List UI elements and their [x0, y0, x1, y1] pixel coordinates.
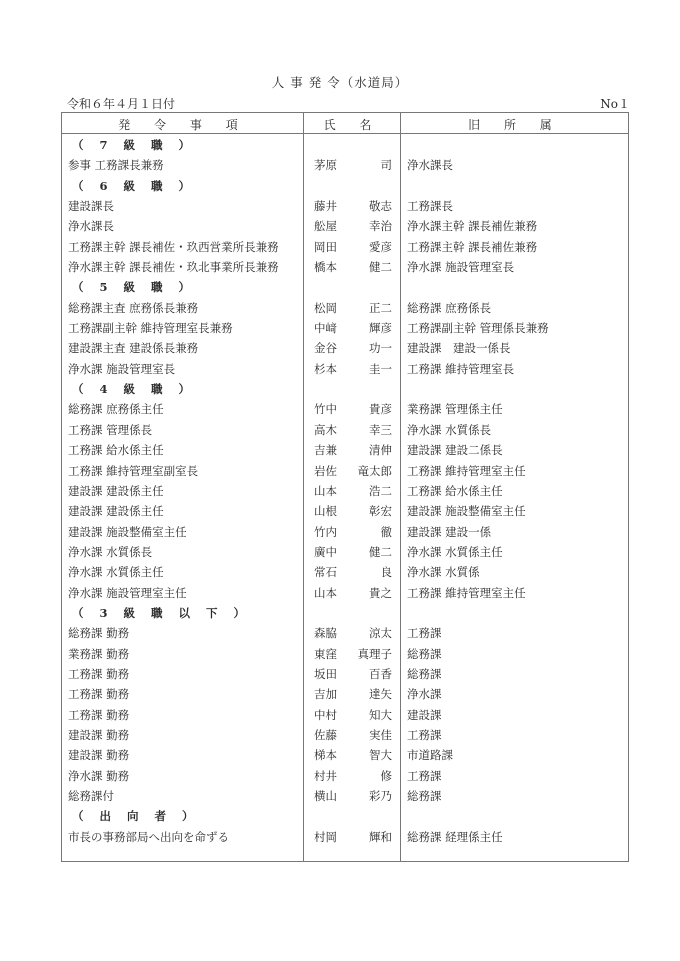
name-cell: 森脇涼太: [308, 623, 396, 643]
name-cell: 横山彩乃: [308, 786, 396, 806]
name-cell: 竹内徹: [308, 522, 396, 542]
name-cell: 松岡正二: [308, 298, 396, 318]
given-name: 浩二: [369, 481, 396, 501]
table-row: 工務課 維持管理室副室長岩佐竜太郎工務課 維持管理室主任: [62, 461, 628, 481]
previous-post-cell: 業務課 管理係主任: [407, 399, 503, 419]
assignment-cell: 建設課主査 建設係長兼務: [68, 338, 198, 358]
previous-post-cell: 建設課 施設整備室主任: [407, 501, 526, 521]
name-cell: 吉加達矢: [308, 684, 396, 704]
name-cell: 村岡輝和: [308, 827, 396, 847]
grade-label: （ 7 級 職 ）: [72, 135, 196, 155]
surname: 竹中: [308, 399, 337, 419]
assignment-cell: 工務課 給水係主任: [68, 440, 164, 460]
table-row: 建設課 施設整備室主任竹内徹建設課 建設一係: [62, 522, 628, 542]
given-name: 知大: [369, 705, 396, 725]
header-name: 氏 名: [304, 116, 401, 133]
assignment-cell: 総務課主査 庶務係長兼務: [68, 298, 198, 318]
surname: 中村: [308, 705, 337, 725]
name-cell: 山根彰宏: [308, 501, 396, 521]
given-name: 貴之: [369, 583, 396, 603]
header-assignment: 発 令 事 項: [62, 116, 304, 133]
given-name: 幸治: [369, 216, 396, 236]
previous-post-cell: 工務課: [407, 623, 442, 643]
previous-post-cell: 総務課: [407, 644, 442, 664]
assignment-cell: 工務課 勤務: [68, 705, 129, 725]
name-cell: 山本貴之: [308, 583, 396, 603]
given-name: 清伸: [369, 440, 396, 460]
surname: 山本: [308, 481, 337, 501]
assignment-cell: 浄水課 施設管理室長: [68, 359, 175, 379]
previous-post-cell: 浄水課 水質係主任: [407, 542, 503, 562]
given-name: 良: [381, 562, 397, 582]
assignment-cell: 工務課 勤務: [68, 684, 129, 704]
assignment-cell: 建設課 施設整備室主任: [68, 522, 187, 542]
table-row: 建設課 勤務佐藤実佳工務課: [62, 725, 628, 745]
previous-post-cell: 工務課: [407, 766, 442, 786]
previous-post-cell: 工務課 給水係主任: [407, 481, 503, 501]
table-row: 浄水課 勤務村井修工務課: [62, 766, 628, 786]
surname: 佐藤: [308, 725, 337, 745]
name-cell: 岩佐竜太郎: [308, 461, 396, 481]
given-name: 貴彦: [369, 399, 396, 419]
issue-date: 令和６年４月１日付: [67, 95, 175, 112]
name-cell: 茅原司: [308, 155, 396, 175]
previous-post-cell: 市道路課: [407, 745, 453, 765]
page-number: No１: [600, 95, 630, 112]
previous-post-cell: 建設課 建設二係長: [407, 440, 503, 460]
previous-post-cell: 工務課: [407, 725, 442, 745]
personnel-table: 発 令 事 項 氏 名 旧 所 属 （ 7 級 職 ）参事 工務課長兼務茅原司浄…: [61, 112, 629, 862]
surname: 山本: [308, 583, 337, 603]
surname: 中﨑: [308, 318, 337, 338]
grade-label: （ 6 級 職 ）: [72, 176, 196, 196]
table-row: 工務課 勤務坂田百香総務課: [62, 664, 628, 684]
surname: 竹内: [308, 522, 337, 542]
assignment-cell: 業務課 勤務: [68, 644, 129, 664]
previous-post-cell: 建設課 建設一係: [407, 522, 491, 542]
table-row: 工務課 給水係主任吉兼清伸建設課 建設二係長: [62, 440, 628, 460]
assignment-cell: 総務課 勤務: [68, 623, 129, 643]
assignment-cell: 浄水課 施設管理室主任: [68, 583, 187, 603]
table-row: 総務課主査 庶務係長兼務松岡正二総務課 庶務係長: [62, 298, 628, 318]
given-name: 真理子: [358, 644, 397, 664]
table-row: 業務課 勤務東窪真理子総務課: [62, 644, 628, 664]
header-previous: 旧 所 属: [401, 116, 629, 133]
table-row: 建設課主査 建設係長兼務金谷功一建設課 建設一係長: [62, 338, 628, 358]
section-header-row: （ 3 級 職 以 下 ）: [62, 603, 628, 623]
surname: 金谷: [308, 338, 337, 358]
given-name: 功一: [369, 338, 396, 358]
document-title: 人 事 発 令（水道局）: [0, 73, 680, 91]
given-name: 彰宏: [369, 501, 396, 521]
table-header: 発 令 事 項 氏 名 旧 所 属: [62, 113, 628, 134]
table-row: 浄水課 水質係長廣中健二浄水課 水質係主任: [62, 542, 628, 562]
surname: 村井: [308, 766, 337, 786]
surname: 岡田: [308, 237, 337, 257]
table-row: 参事 工務課長兼務茅原司浄水課長: [62, 155, 628, 175]
assignment-cell: 建設課 勤務: [68, 745, 129, 765]
grade-label: （ 5 級 職 ）: [72, 277, 196, 297]
surname: 村岡: [308, 827, 337, 847]
assignment-cell: 参事 工務課長兼務: [68, 155, 164, 175]
previous-post-cell: 総務課: [407, 786, 442, 806]
table-row: 建設課 勤務梯本智大市道路課: [62, 745, 628, 765]
given-name: 竜太郎: [358, 461, 397, 481]
assignment-cell: 総務課 庶務係主任: [68, 399, 164, 419]
section-header-row: （ 出 向 者 ）: [62, 806, 628, 826]
surname: 廣中: [308, 542, 337, 562]
given-name: 達矢: [369, 684, 396, 704]
previous-post-cell: 浄水課 水質係: [407, 562, 480, 582]
previous-post-cell: 工務課 維持管理室主任: [407, 461, 526, 481]
given-name: 輝彦: [369, 318, 396, 338]
given-name: 司: [381, 155, 397, 175]
surname: 横山: [308, 786, 337, 806]
given-name: 涼太: [369, 623, 396, 643]
name-cell: 坂田百香: [308, 664, 396, 684]
name-cell: 東窪真理子: [308, 644, 396, 664]
grade-label: （ 3 級 職 以 下 ）: [72, 603, 251, 623]
assignment-cell: 浄水課 水質係長: [68, 542, 152, 562]
previous-post-cell: 工務課 維持管理室主任: [407, 583, 526, 603]
previous-post-cell: 総務課: [407, 664, 442, 684]
surname: 森脇: [308, 623, 337, 643]
table-row: 工務課 勤務中村知大建設課: [62, 705, 628, 725]
name-cell: 廣中健二: [308, 542, 396, 562]
table-row: 工務課主幹 課長補佐・玖西営業所長兼務岡田愛彦工務課主幹 課長補佐兼務: [62, 237, 628, 257]
name-cell: 杉本圭一: [308, 359, 396, 379]
name-cell: 村井修: [308, 766, 396, 786]
table-row: 建設課 建設係主任山根彰宏建設課 施設整備室主任: [62, 501, 628, 521]
previous-post-cell: 工務課主幹 課長補佐兼務: [407, 237, 537, 257]
given-name: 幸三: [369, 420, 396, 440]
name-cell: 岡田愛彦: [308, 237, 396, 257]
given-name: 圭一: [369, 359, 396, 379]
section-header-row: （ 5 級 職 ）: [62, 277, 628, 297]
table-row: 工務課 管理係長高木幸三浄水課 水質係長: [62, 420, 628, 440]
given-name: 彩乃: [369, 786, 396, 806]
section-header-row: （ 4 級 職 ）: [62, 379, 628, 399]
assignment-cell: 総務課付: [68, 786, 114, 806]
surname: 松岡: [308, 298, 337, 318]
surname: 坂田: [308, 664, 337, 684]
name-cell: 藤井敬志: [308, 196, 396, 216]
name-cell: 吉兼清伸: [308, 440, 396, 460]
assignment-cell: 浄水課主幹 課長補佐・玖北事業所長兼務: [68, 257, 279, 277]
previous-post-cell: 浄水課 水質係長: [407, 420, 491, 440]
surname: 橋本: [308, 257, 337, 277]
given-name: 智大: [369, 745, 396, 765]
assignment-cell: 浄水課長: [68, 216, 114, 236]
previous-post-cell: 総務課 経理係主任: [407, 827, 503, 847]
grade-label: （ 4 級 職 ）: [72, 379, 196, 399]
previous-post-cell: 浄水課: [407, 684, 442, 704]
section-header-row: （ 7 級 職 ）: [62, 135, 628, 155]
surname: 高木: [308, 420, 337, 440]
assignment-cell: 浄水課 勤務: [68, 766, 129, 786]
surname: 山根: [308, 501, 337, 521]
assignment-cell: 浄水課 水質係主任: [68, 562, 164, 582]
assignment-cell: 工務課 維持管理室副室長: [68, 461, 198, 481]
previous-post-cell: 工務課 維持管理室長: [407, 359, 514, 379]
table-row: 工務課 勤務吉加達矢浄水課: [62, 684, 628, 704]
name-cell: 中村知大: [308, 705, 396, 725]
given-name: 徹: [381, 522, 397, 542]
given-name: 実佳: [369, 725, 396, 745]
section-header-row: （ 6 級 職 ）: [62, 176, 628, 196]
surname: 舩屋: [308, 216, 337, 236]
name-cell: 金谷功一: [308, 338, 396, 358]
previous-post-cell: 総務課 庶務係長: [407, 298, 491, 318]
name-cell: 舩屋幸治: [308, 216, 396, 236]
grade-label: （ 出 向 者 ）: [72, 806, 200, 826]
assignment-cell: 工務課 管理係長: [68, 420, 152, 440]
surname: 吉兼: [308, 440, 337, 460]
table-row: 市長の事務部局へ出向を命ずる村岡輝和総務課 経理係主任: [62, 827, 628, 847]
name-cell: 竹中貴彦: [308, 399, 396, 419]
name-cell: 高木幸三: [308, 420, 396, 440]
table-body: （ 7 級 職 ）参事 工務課長兼務茅原司浄水課長（ 6 級 職 ）建設課長藤井…: [62, 135, 628, 847]
table-row: 総務課付横山彩乃総務課: [62, 786, 628, 806]
assignment-cell: 建設課 勤務: [68, 725, 129, 745]
assignment-cell: 工務課 勤務: [68, 664, 129, 684]
previous-post-cell: 建設課: [407, 705, 442, 725]
table-row: 建設課長藤井敬志工務課長: [62, 196, 628, 216]
assignment-cell: 工務課副主幹 維持管理室長兼務: [68, 318, 233, 338]
name-cell: 常石良: [308, 562, 396, 582]
table-row: 浄水課長舩屋幸治浄水課主幹 課長補佐兼務: [62, 216, 628, 236]
name-cell: 橋本健二: [308, 257, 396, 277]
given-name: 修: [381, 766, 397, 786]
name-cell: 梯本智大: [308, 745, 396, 765]
surname: 常石: [308, 562, 337, 582]
table-row: 浄水課主幹 課長補佐・玖北事業所長兼務橋本健二浄水課 施設管理室長: [62, 257, 628, 277]
name-cell: 中﨑輝彦: [308, 318, 396, 338]
given-name: 健二: [369, 542, 396, 562]
given-name: 正二: [369, 298, 396, 318]
assignment-cell: 建設課長: [68, 196, 114, 216]
assignment-cell: 工務課主幹 課長補佐・玖西営業所長兼務: [68, 237, 279, 257]
surname: 杉本: [308, 359, 337, 379]
surname: 吉加: [308, 684, 337, 704]
previous-post-cell: 浄水課 施設管理室長: [407, 257, 514, 277]
given-name: 百香: [369, 664, 396, 684]
table-row: 総務課 庶務係主任竹中貴彦業務課 管理係主任: [62, 399, 628, 419]
assignment-cell: 建設課 建設係主任: [68, 481, 164, 501]
given-name: 健二: [369, 257, 396, 277]
table-row: 浄水課 水質係主任常石良浄水課 水質係: [62, 562, 628, 582]
given-name: 輝和: [369, 827, 396, 847]
table-row: 建設課 建設係主任山本浩二工務課 給水係主任: [62, 481, 628, 501]
table-row: 総務課 勤務森脇涼太工務課: [62, 623, 628, 643]
previous-post-cell: 工務課長: [407, 196, 453, 216]
surname: 梯本: [308, 745, 337, 765]
name-cell: 佐藤実佳: [308, 725, 396, 745]
name-cell: 山本浩二: [308, 481, 396, 501]
previous-post-cell: 工務課副主幹 管理係長兼務: [407, 318, 549, 338]
assignment-cell: 建設課 建設係主任: [68, 501, 164, 521]
surname: 茅原: [308, 155, 337, 175]
previous-post-cell: 浄水課主幹 課長補佐兼務: [407, 216, 537, 236]
surname: 岩佐: [308, 461, 337, 481]
table-row: 浄水課 施設管理室主任山本貴之工務課 維持管理室主任: [62, 583, 628, 603]
surname: 東窪: [308, 644, 337, 664]
previous-post-cell: 浄水課長: [407, 155, 453, 175]
table-row: 浄水課 施設管理室長杉本圭一工務課 維持管理室長: [62, 359, 628, 379]
surname: 藤井: [308, 196, 337, 216]
given-name: 愛彦: [369, 237, 396, 257]
given-name: 敬志: [369, 196, 396, 216]
table-row: 工務課副主幹 維持管理室長兼務中﨑輝彦工務課副主幹 管理係長兼務: [62, 318, 628, 338]
assignment-cell: 市長の事務部局へ出向を命ずる: [68, 827, 229, 847]
previous-post-cell: 建設課 建設一係長: [407, 338, 511, 358]
